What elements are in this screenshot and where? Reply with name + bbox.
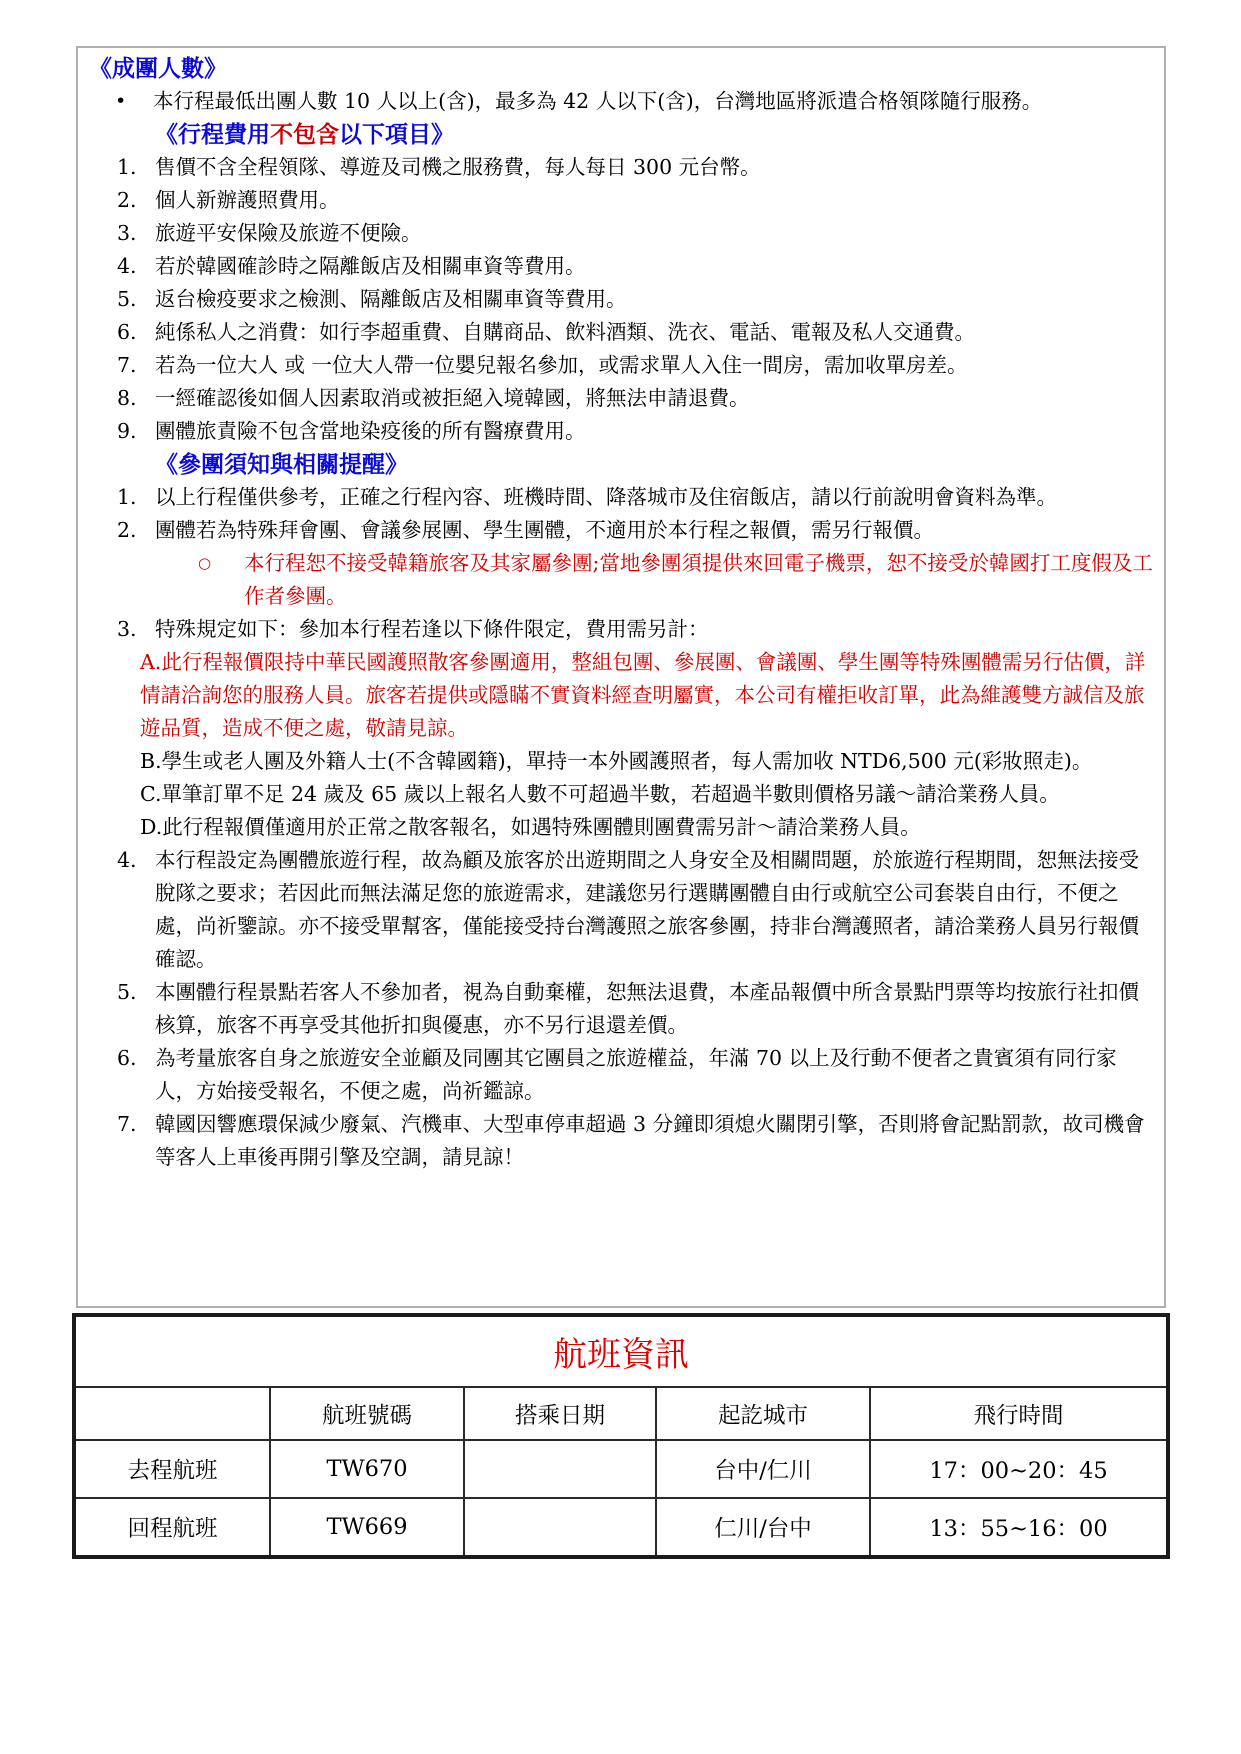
list-number: 2. bbox=[117, 514, 155, 547]
terms-box: 《成團人數》•本行程最低出團人數 10 人以上(含)，最多為 42 人以下(含)… bbox=[76, 46, 1166, 1308]
list-item-text: 本行程設定為團體旅遊行程，故為顧及旅客於出遊期間之人身安全及相關問題，於旅遊行程… bbox=[155, 844, 1158, 976]
section-heading: 《行程費用不包含以下項目》 bbox=[78, 118, 1158, 151]
cities-cell: 台中/仁川 bbox=[656, 1440, 870, 1498]
list-item-text: 售價不含全程領隊、導遊及司機之服務費，每人每日 300 元台幣。 bbox=[155, 151, 1158, 184]
terms-text-block: C.單筆訂單不足 24 歲及 65 歲以上報名人數不可超過半數，若超過半數則價格… bbox=[78, 778, 1158, 811]
terms-text-block: A.此行程報價限持中華民國護照散客參團適用，整組包團、參展團、會議團、學生團等特… bbox=[78, 646, 1158, 745]
heading-segment: 《參團須知與相關提醒》 bbox=[155, 451, 408, 478]
terms-text-block: B.學生或老人團及外籍人士(不含韓國籍)，單持一本外國護照者，每人需加收 NTD… bbox=[78, 745, 1158, 778]
flight-time-cell: 17：00~20：45 bbox=[870, 1440, 1168, 1498]
flight-row-label: 回程航班 bbox=[74, 1498, 270, 1557]
list-number: 5. bbox=[117, 283, 155, 316]
terms-text-block: 4.若於韓國確診時之隔離飯店及相關車資等費用。 bbox=[78, 250, 1158, 283]
list-bullet-icon: ○ bbox=[198, 547, 244, 613]
terms-text-block: 2.個人新辦護照費用。 bbox=[78, 184, 1158, 217]
terms-text-block: 5.返台檢疫要求之檢測、隔離飯店及相關車資等費用。 bbox=[78, 283, 1158, 316]
terms-text-block: 5.本團體行程景點若客人不參加者，視為自動棄權，恕無法退費，本產品報價中所含景點… bbox=[78, 976, 1158, 1042]
flight-number-cell: TW670 bbox=[270, 1440, 464, 1498]
terms-text-block: 4.本行程設定為團體旅遊行程，故為顧及旅客於出遊期間之人身安全及相關問題，於旅遊… bbox=[78, 844, 1158, 976]
list-number: 5. bbox=[117, 976, 155, 1042]
list-number: 4. bbox=[117, 844, 155, 976]
heading-segment: 不包含 bbox=[270, 121, 339, 148]
flight-table-title: 航班資訊 bbox=[74, 1315, 1168, 1387]
terms-text-block: 1.以上行程僅供參考，正確之行程內容、班機時間、降落城市及住宿飯店，請以行前說明… bbox=[78, 481, 1158, 514]
list-number: 9. bbox=[117, 415, 155, 448]
list-number: 7. bbox=[117, 1108, 155, 1174]
terms-text-block: 6.為考量旅客自身之旅遊安全並顧及同團其它團員之旅遊權益，年滿 70 以上及行動… bbox=[78, 1042, 1158, 1108]
terms-text-block: 3.旅遊平安保險及旅遊不便險。 bbox=[78, 217, 1158, 250]
flight-table-header-cell: 飛行時間 bbox=[870, 1387, 1168, 1440]
list-item-text: 本行程最低出團人數 10 人以上(含)，最多為 42 人以下(含)，台灣地區將派… bbox=[153, 85, 1158, 118]
flight-number-cell: TW669 bbox=[270, 1498, 464, 1557]
flight-table-header-cell: 起訖城市 bbox=[656, 1387, 870, 1440]
list-item-text: 若為一位大人 或 一位大人帶一位嬰兒報名參加，或需求單人入住一間房，需加收單房差… bbox=[155, 349, 1158, 382]
terms-text-block: 7.若為一位大人 或 一位大人帶一位嬰兒報名參加，或需求單人入住一間房，需加收單… bbox=[78, 349, 1158, 382]
flight-table-header-row: 航班號碼搭乘日期起訖城市飛行時間 bbox=[74, 1387, 1168, 1440]
flight-table-header-cell bbox=[74, 1387, 270, 1440]
list-item-text: 本團體行程景點若客人不參加者，視為自動棄權，恕無法退費，本產品報價中所含景點門票… bbox=[155, 976, 1158, 1042]
list-number: 6. bbox=[117, 1042, 155, 1108]
flight-info-table: 航班資訊 航班號碼搭乘日期起訖城市飛行時間 去程航班TW670台中/仁川17：0… bbox=[72, 1313, 1170, 1559]
terms-text-block: 3.特殊規定如下：參加本行程若逢以下條件限定，費用需另計： bbox=[78, 613, 1158, 646]
list-item-text: 返台檢疫要求之檢測、隔離飯店及相關車資等費用。 bbox=[155, 283, 1158, 316]
flight-table-header-cell: 航班號碼 bbox=[270, 1387, 464, 1440]
flight-table-row: 回程航班TW669仁川/台中13：55~16：00 bbox=[74, 1498, 1168, 1557]
terms-text-block: D.此行程報價僅適用於正常之散客報名，如遇特殊團體則團費需另計～請洽業務人員。 bbox=[78, 811, 1158, 844]
terms-text-block: 6.純係私人之消費：如行李超重費、自購商品、飲料酒類、洗衣、電話、電報及私人交通… bbox=[78, 316, 1158, 349]
terms-text-block: ○本行程恕不接受韓籍旅客及其家屬參團;當地參團須提供來回電子機票，恕不接受於韓國… bbox=[78, 547, 1158, 613]
list-item-text: 團體若為特殊拜會團、會議參展團、學生團體，不適用於本行程之報價，需另行報價。 bbox=[155, 514, 1158, 547]
terms-text-block: 7.韓國因響應環保減少廢氣、汽機車、大型車停車超過 3 分鐘即須熄火關閉引擎，否… bbox=[78, 1108, 1158, 1174]
list-item-text: 特殊規定如下：參加本行程若逢以下條件限定，費用需另計： bbox=[155, 613, 1158, 646]
flight-row-label: 去程航班 bbox=[74, 1440, 270, 1498]
heading-segment: 以下項目》 bbox=[339, 121, 454, 148]
list-item-text: 韓國因響應環保減少廢氣、汽機車、大型車停車超過 3 分鐘即須熄火關閉引擎，否則將… bbox=[155, 1108, 1158, 1174]
boarding-date-cell bbox=[464, 1498, 656, 1557]
terms-text-block: 2.團體若為特殊拜會團、會議參展團、學生團體，不適用於本行程之報價，需另行報價。 bbox=[78, 514, 1158, 547]
flight-table-row: 去程航班TW670台中/仁川17：00~20：45 bbox=[74, 1440, 1168, 1498]
list-item-text: 以上行程僅供參考，正確之行程內容、班機時間、降落城市及住宿飯店，請以行前說明會資… bbox=[155, 481, 1158, 514]
boarding-date-cell bbox=[464, 1440, 656, 1498]
list-item-text: 為考量旅客自身之旅遊安全並顧及同團其它團員之旅遊權益，年滿 70 以上及行動不便… bbox=[155, 1042, 1158, 1108]
list-number: 2. bbox=[117, 184, 155, 217]
list-item-text: 一經確認後如個人因素取消或被拒絕入境韓國，將無法申請退費。 bbox=[155, 382, 1158, 415]
heading-segment: 《行程費用 bbox=[155, 121, 270, 148]
cities-cell: 仁川/台中 bbox=[656, 1498, 870, 1557]
list-number: 1. bbox=[117, 481, 155, 514]
terms-text-block: 9.團體旅責險不包含當地染疫後的所有醫療費用。 bbox=[78, 415, 1158, 448]
section-heading: 《參團須知與相關提醒》 bbox=[78, 448, 1158, 481]
list-number: 4. bbox=[117, 250, 155, 283]
list-number: 3. bbox=[117, 217, 155, 250]
document-page: 《成團人數》•本行程最低出團人數 10 人以上(含)，最多為 42 人以下(含)… bbox=[0, 0, 1241, 1754]
terms-text-block: 8.一經確認後如個人因素取消或被拒絕入境韓國，將無法申請退費。 bbox=[78, 382, 1158, 415]
list-number: 3. bbox=[117, 613, 155, 646]
terms-text-block: 1.售價不含全程領隊、導遊及司機之服務費，每人每日 300 元台幣。 bbox=[78, 151, 1158, 184]
list-item-text: 旅遊平安保險及旅遊不便險。 bbox=[155, 217, 1158, 250]
list-item-text: 純係私人之消費：如行李超重費、自購商品、飲料酒類、洗衣、電話、電報及私人交通費。 bbox=[155, 316, 1158, 349]
flight-table-header-cell: 搭乘日期 bbox=[464, 1387, 656, 1440]
section-heading: 《成團人數》 bbox=[78, 52, 1158, 85]
list-item-text: 團體旅責險不包含當地染疫後的所有醫療費用。 bbox=[155, 415, 1158, 448]
terms-body: 《成團人數》•本行程最低出團人數 10 人以上(含)，最多為 42 人以下(含)… bbox=[78, 52, 1158, 1174]
list-number: 7. bbox=[117, 349, 155, 382]
list-number: 6. bbox=[117, 316, 155, 349]
list-item-text: 本行程恕不接受韓籍旅客及其家屬參團;當地參團須提供來回電子機票，恕不接受於韓國打… bbox=[244, 547, 1158, 613]
list-item-text: 個人新辦護照費用。 bbox=[155, 184, 1158, 217]
list-number: 8. bbox=[117, 382, 155, 415]
terms-text-block: •本行程最低出團人數 10 人以上(含)，最多為 42 人以下(含)，台灣地區將… bbox=[78, 85, 1158, 118]
list-number: 1. bbox=[117, 151, 155, 184]
flight-table-title-row: 航班資訊 bbox=[74, 1315, 1168, 1387]
list-bullet-icon: • bbox=[115, 85, 153, 118]
flight-time-cell: 13：55~16：00 bbox=[870, 1498, 1168, 1557]
list-item-text: 若於韓國確診時之隔離飯店及相關車資等費用。 bbox=[155, 250, 1158, 283]
